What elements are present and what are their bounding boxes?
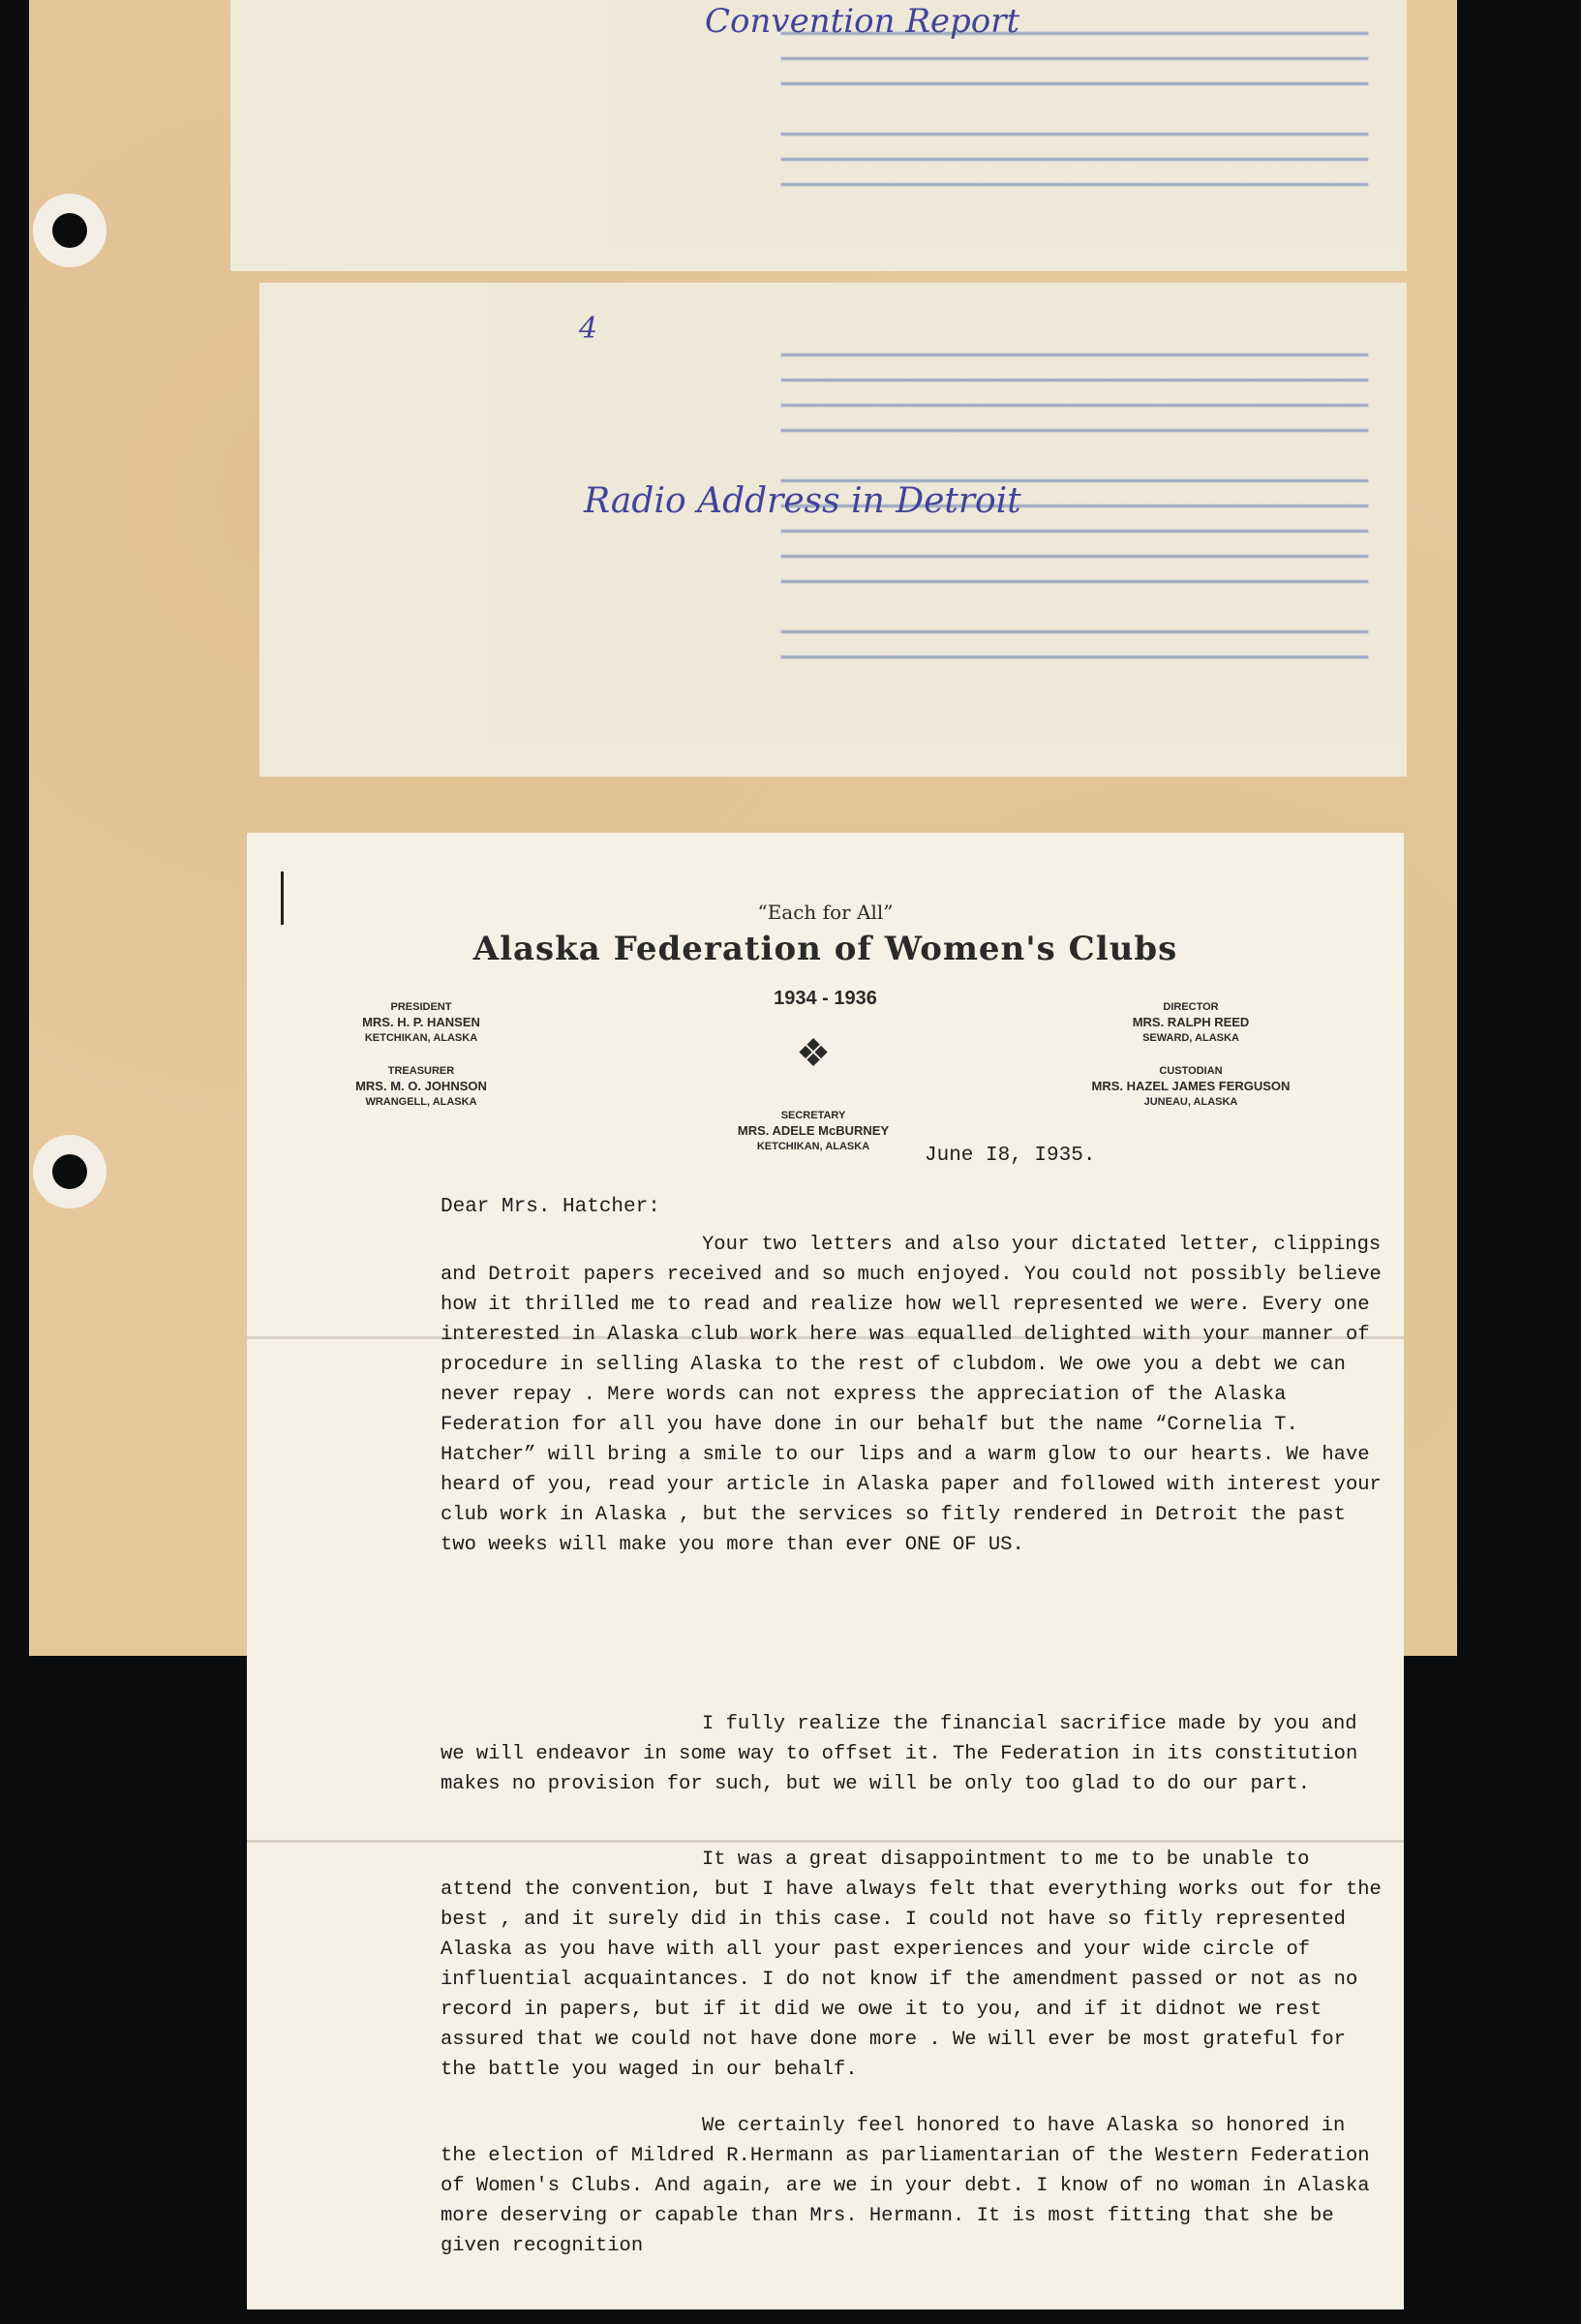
- officer-director: DIRECTOR MRS. RALPH REED SEWARD, ALASKA: [1055, 999, 1326, 1046]
- binder-hole-bottom: [33, 1135, 106, 1208]
- letter-paragraph-4: We certainly feel honored to have Alaska…: [441, 2111, 1389, 2261]
- officer-location: KETCHIKAN, ALASKA: [678, 1139, 949, 1154]
- officer-name: MRS. HAZEL JAMES FERGUSON: [1055, 1079, 1326, 1094]
- officer-role: DIRECTOR: [1055, 999, 1326, 1015]
- letter-paragraph-1: Your two letters and also your dictated …: [441, 1230, 1389, 1560]
- letter-paragraph-2: I fully realize the financial sacrifice …: [441, 1709, 1389, 1799]
- letterhead-motto: “Each for All”: [247, 901, 1404, 924]
- officer-name: MRS. ADELE McBURNEY: [678, 1123, 949, 1139]
- carbon-sheet-convention-report: ━━━━━━━━━━━━━━━━━━━━━━━━━━━━━━━━━━━━━━━━…: [230, 0, 1407, 271]
- handwritten-note-number: 4: [579, 312, 597, 346]
- paper-fold: [247, 1840, 1404, 1843]
- handwritten-label-convention-report: Convention Report: [705, 2, 1019, 41]
- officer-name: MRS. M. O. JOHNSON: [286, 1079, 557, 1094]
- carbon-sheet-radio-address: ━━━━━━━━━━━━━━━━━━━━━━━━━━━━━━━━━━━━━━━━…: [259, 283, 1407, 777]
- letter-date: June I8, I935.: [925, 1145, 1095, 1167]
- officer-custodian: CUSTODIAN MRS. HAZEL JAMES FERGUSON JUNE…: [1055, 1063, 1326, 1110]
- officer-secretary: SECRETARY MRS. ADELE McBURNEY KETCHIKAN,…: [678, 1108, 949, 1154]
- binder-hole-top: [33, 194, 106, 267]
- letter-salutation: Dear Mrs. Hatcher:: [441, 1196, 660, 1218]
- officer-role: SECRETARY: [678, 1108, 949, 1123]
- mirrored-carbon-text: ━━━━━━━━━━━━━━━━━━━━━━━━━━━━━━━━━━━━━━━━…: [279, 19, 1368, 196]
- officer-treasurer: TREASURER MRS. M. O. JOHNSON WRANGELL, A…: [286, 1063, 557, 1110]
- letter-paragraph-3: It was a great disappointment to me to b…: [441, 1845, 1389, 2085]
- officer-location: JUNEAU, ALASKA: [1055, 1094, 1326, 1110]
- officer-president: PRESIDENT MRS. H. P. HANSEN KETCHIKAN, A…: [286, 999, 557, 1046]
- fleur-emblem-icon: ❖: [789, 1029, 837, 1078]
- officer-name: MRS. RALPH REED: [1055, 1015, 1326, 1030]
- letterhead-organization: Alaska Federation of Women's Clubs: [247, 930, 1404, 968]
- officer-location: SEWARD, ALASKA: [1055, 1030, 1326, 1046]
- officer-location: WRANGELL, ALASKA: [286, 1094, 557, 1110]
- officer-location: KETCHIKAN, ALASKA: [286, 1030, 557, 1046]
- handwritten-label-radio-address: Radio Address in Detroit: [584, 481, 1021, 521]
- officer-name: MRS. H. P. HANSEN: [286, 1015, 557, 1030]
- officer-role: TREASURER: [286, 1063, 557, 1079]
- letter-sheet: “Each for All” Alaska Federation of Wome…: [247, 833, 1404, 2309]
- officer-role: PRESIDENT: [286, 999, 557, 1015]
- officer-role: CUSTODIAN: [1055, 1063, 1326, 1079]
